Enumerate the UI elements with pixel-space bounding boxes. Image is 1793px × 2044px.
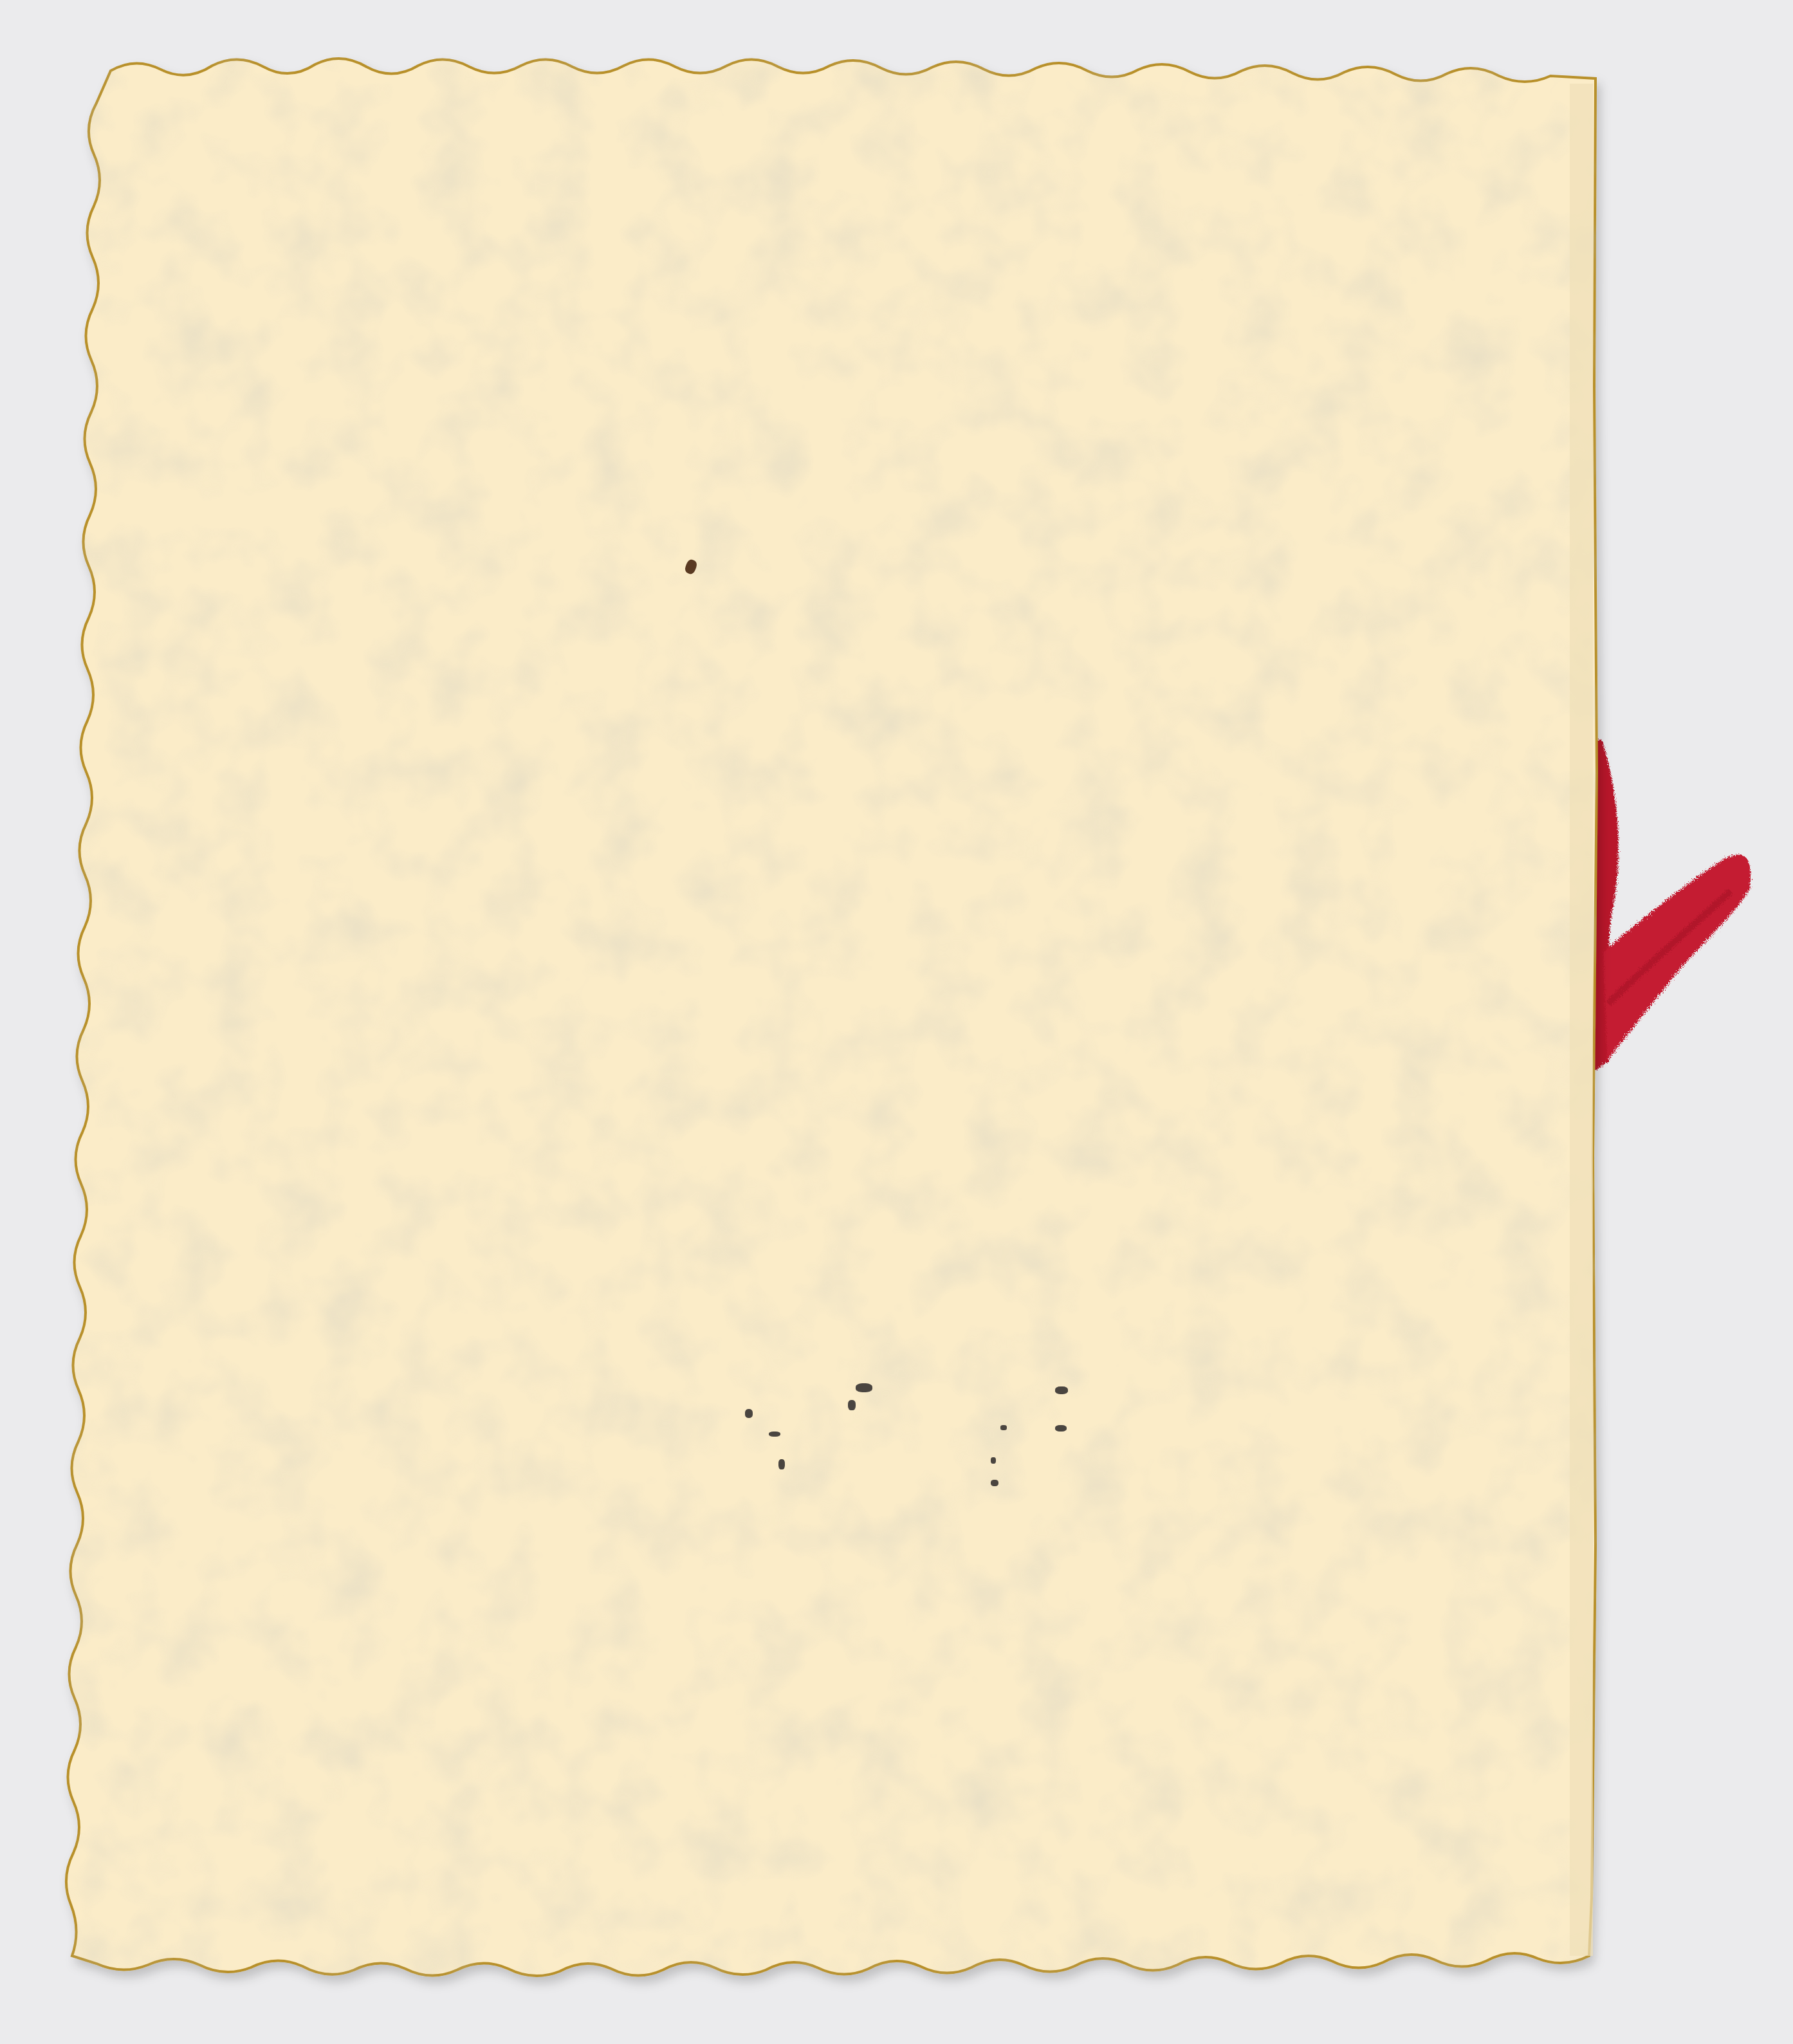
card [0, 0, 1793, 2044]
red-ribbon [1589, 740, 1751, 1074]
scanned-card-scene [0, 0, 1793, 2044]
